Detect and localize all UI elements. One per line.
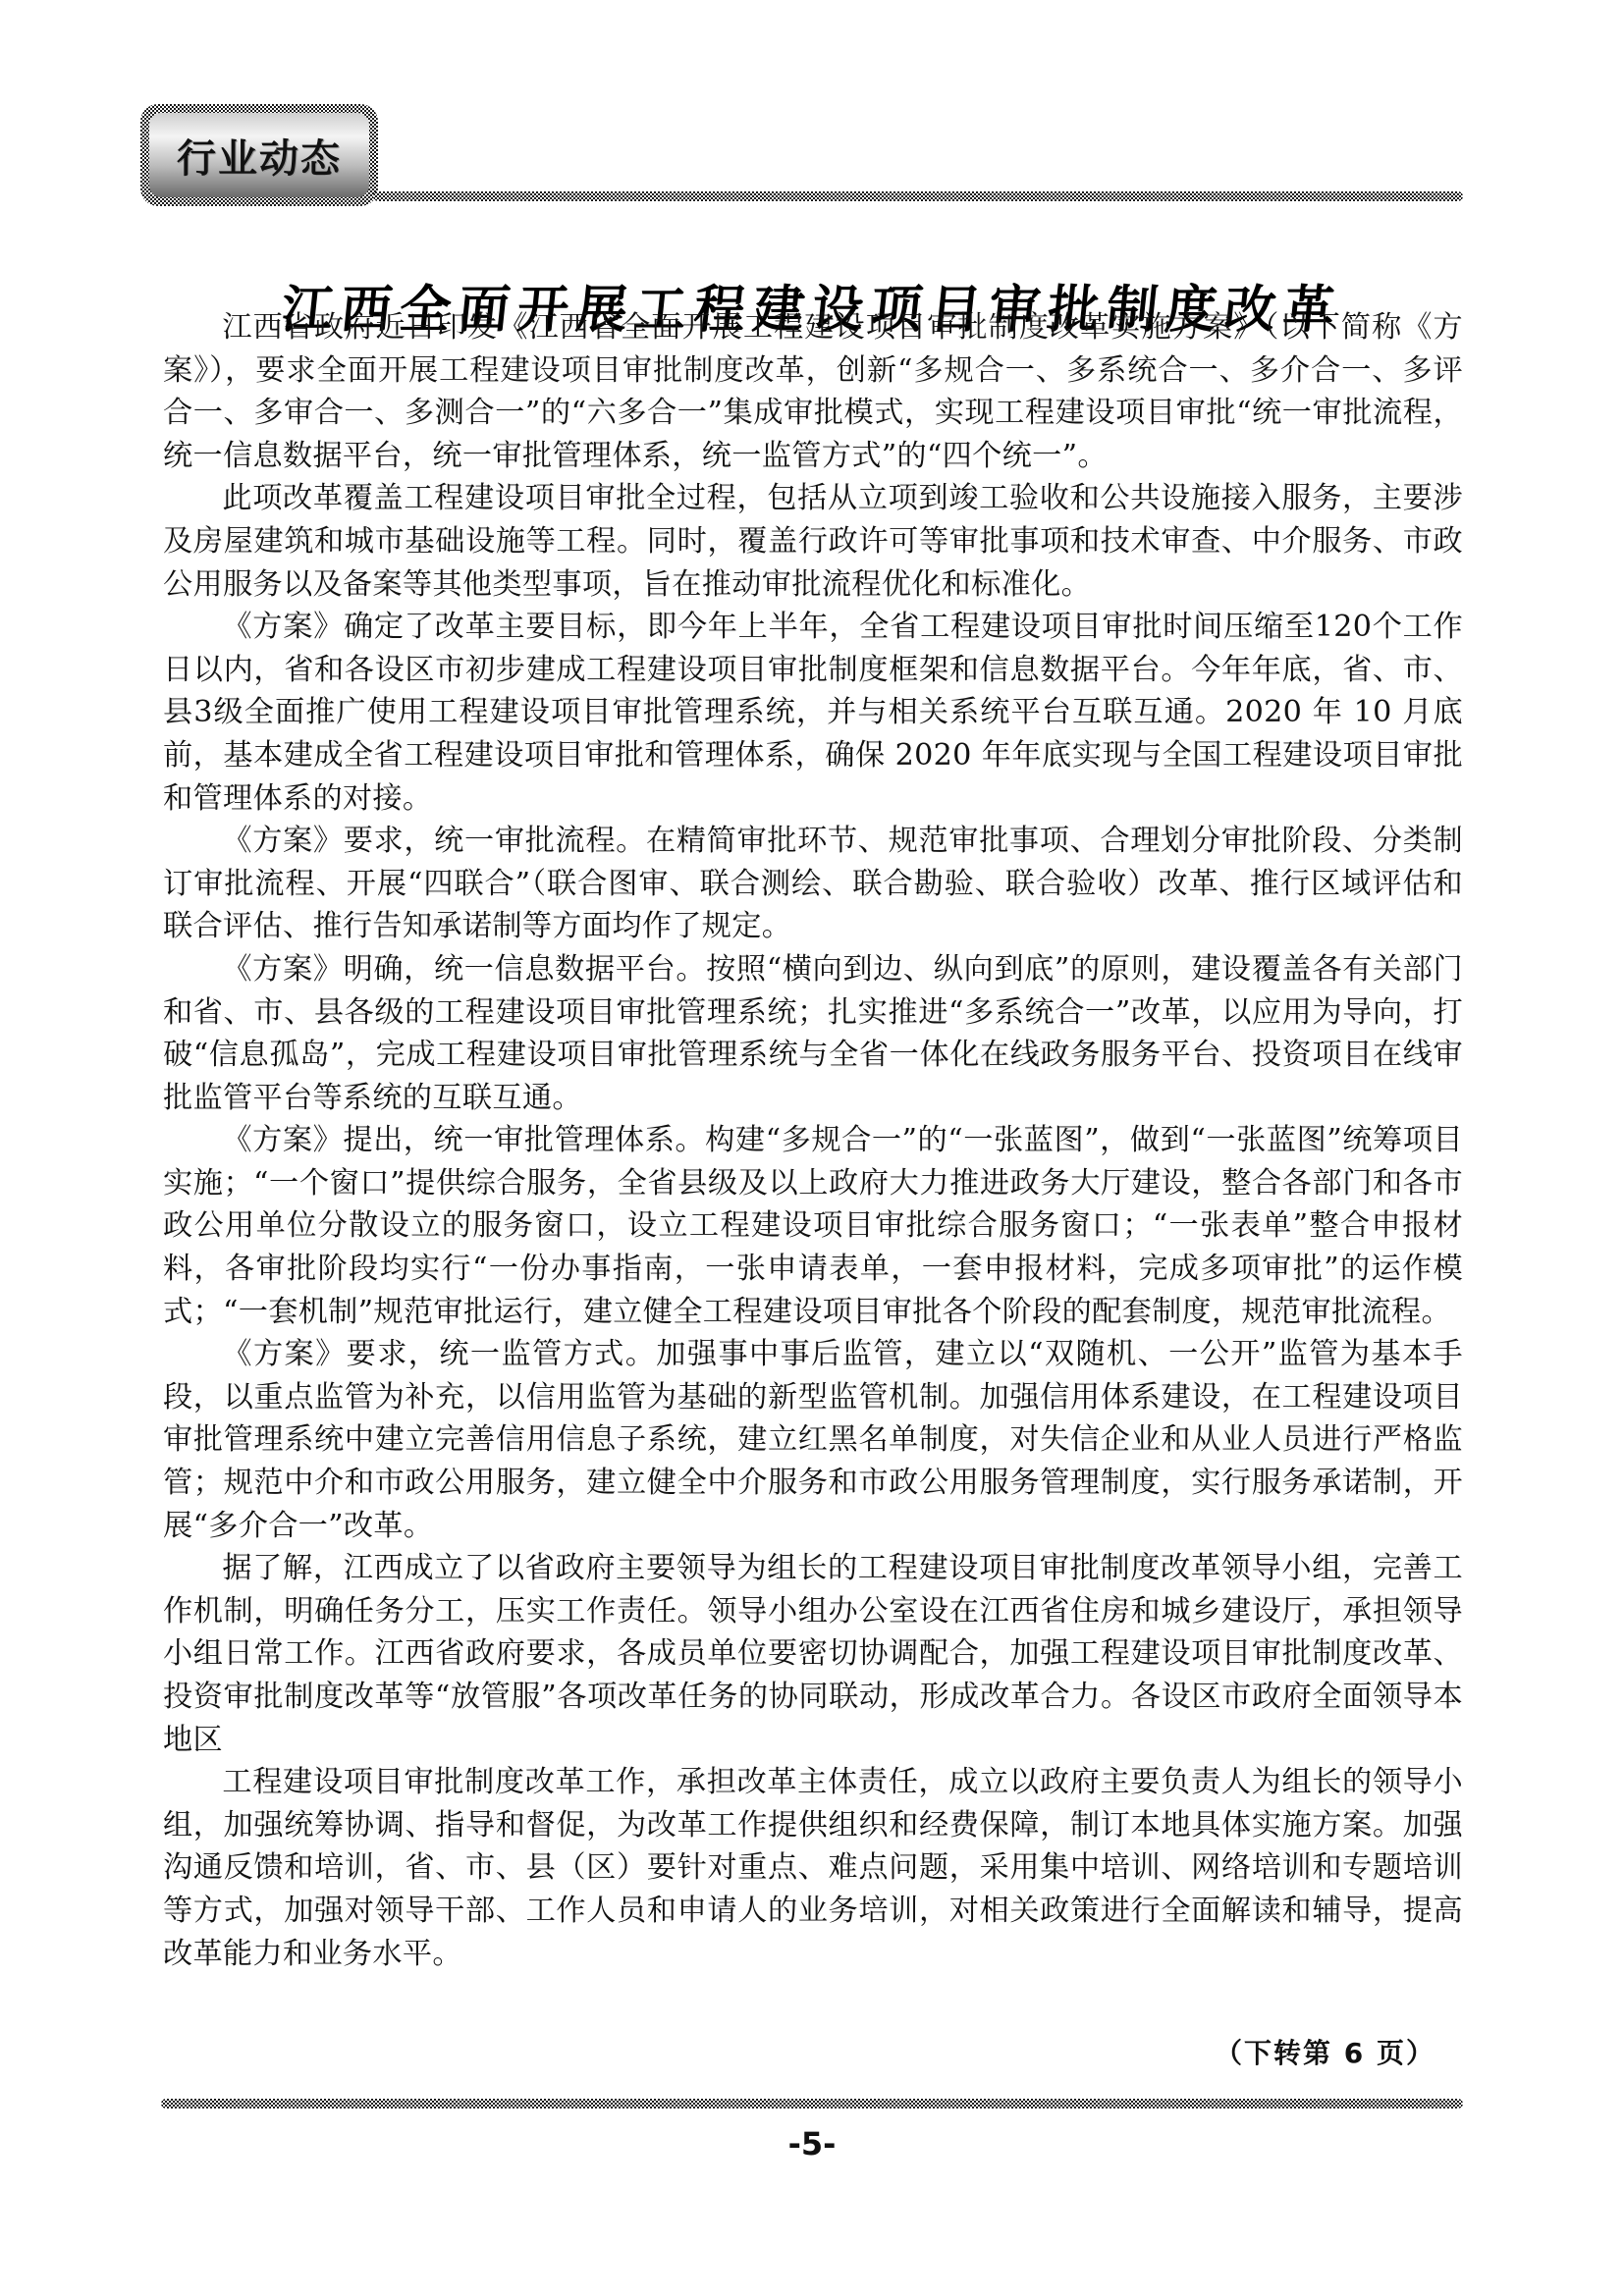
paragraph: 据了解，江西成立了以省政府主要领导为组长的工程建设项目审批制度改革领导小组，完善… bbox=[163, 1547, 1463, 1761]
section-badge: 行业动态 bbox=[140, 104, 378, 206]
paragraph: 《方案》要求，统一审批流程。在精简审批环节、规范审批事项、合理划分审批阶段、分类… bbox=[163, 820, 1463, 948]
section-badge-label: 行业动态 bbox=[177, 128, 342, 184]
paragraph: 工程建设项目审批制度改革工作，承担改革主体责任，成立以政府主要负责人为组长的领导… bbox=[163, 1761, 1463, 1975]
continued-on-page-note: （下转第 6 页） bbox=[1215, 2032, 1435, 2071]
paragraph: 江西省政府近日印发《江西省全面开展工程建设项目审批制度改革实施方案》（以下简称《… bbox=[163, 306, 1463, 477]
header-divider bbox=[373, 191, 1463, 201]
section-badge-inner: 行业动态 bbox=[149, 113, 369, 197]
paragraph: 《方案》确定了改革主要目标，即今年上半年，全省工程建设项目审批时间压缩至120个… bbox=[163, 606, 1463, 820]
footer-divider bbox=[161, 2099, 1463, 2109]
paragraph: 《方案》要求，统一监管方式。加强事中事后监管，建立以“双随机、一公开”监管为基本… bbox=[163, 1333, 1463, 1547]
page-number: -5- bbox=[0, 2125, 1624, 2163]
paragraph: 此项改革覆盖工程建设项目审批全过程，包括从立项到竣工验收和公共设施接入服务，主要… bbox=[163, 477, 1463, 606]
paragraph: 《方案》明确，统一信息数据平台。按照“横向到边、纵向到底”的原则，建设覆盖各有关… bbox=[163, 948, 1463, 1119]
article-body: 江西省政府近日印发《江西省全面开展工程建设项目审批制度改革实施方案》（以下简称《… bbox=[163, 306, 1463, 1975]
paragraph: 《方案》提出，统一审批管理体系。构建“多规合一”的“一张蓝图”，做到“一张蓝图”… bbox=[163, 1119, 1463, 1333]
